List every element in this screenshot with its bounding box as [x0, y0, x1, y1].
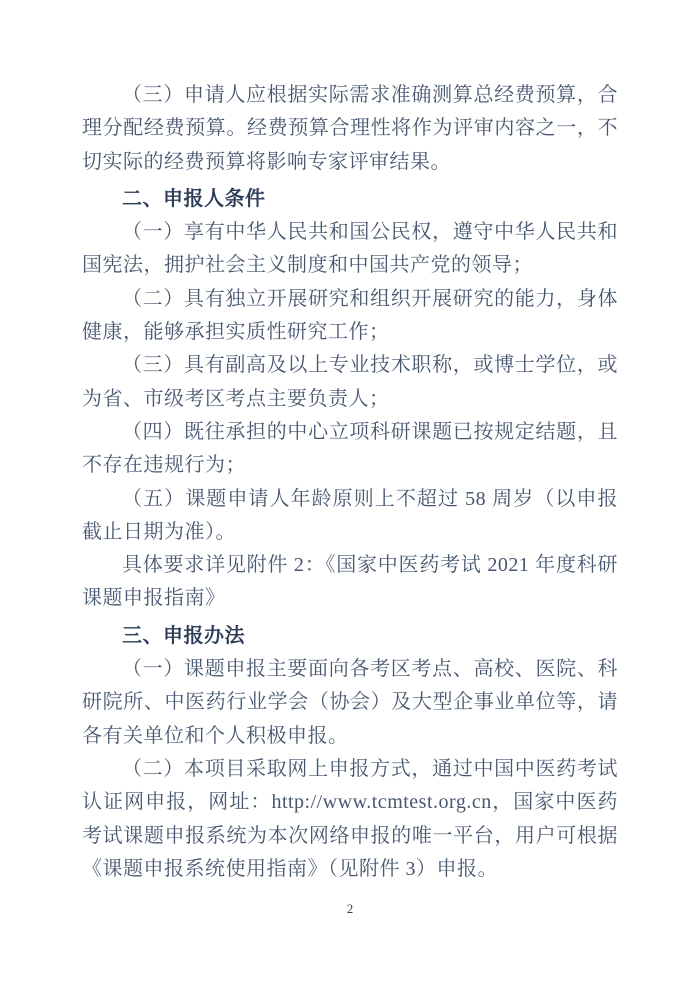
paragraph-attachment-reference: 具体要求详见附件 2：《国家中医药考试 2021 年度科研课题申报指南》	[82, 549, 618, 616]
document-body: （三）申请人应根据实际需求准确测算总经费预算，合理分配经费预算。经费预算合理性将…	[82, 79, 618, 886]
paragraph-condition-citizenship: （一）享有中华人民共和国公民权，遵守中华人民共和国宪法，拥护社会主义制度和中国共…	[82, 216, 618, 283]
paragraph-condition-title: （三）具有副高及以上专业技术职称，或博士学位，或为省、市级考区考点主要负责人；	[82, 349, 618, 416]
document-page: （三）申请人应根据实际需求准确测算总经费预算，合理分配经费预算。经费预算合理性将…	[0, 0, 700, 991]
page-number: 2	[0, 901, 700, 917]
paragraph-condition-ability: （二）具有独立开展研究和组织开展研究的能力，身体健康，能够承担实质性研究工作；	[82, 283, 618, 350]
paragraph-application-targets: （一）课题申报主要面向各考区考点、高校、医院、科研院所、中医药行业学会（协会）及…	[82, 653, 618, 753]
paragraph-condition-age-limit: （五）课题申请人年龄原则上不超过 58 周岁（以申报截止日期为准）。	[82, 483, 618, 550]
paragraph-online-application: （二）本项目采取网上申报方式，通过中国中医药考试认证网申报，网址：http://…	[82, 753, 618, 886]
paragraph-budget-requirement: （三）申请人应根据实际需求准确测算总经费预算，合理分配经费预算。经费预算合理性将…	[82, 79, 618, 179]
section-heading-applicant-conditions: 二、申报人条件	[82, 183, 618, 216]
paragraph-condition-past-projects: （四）既往承担的中心立项科研课题已按规定结题，且不存在违规行为；	[82, 416, 618, 483]
section-heading-application-method: 三、申报办法	[82, 620, 618, 653]
